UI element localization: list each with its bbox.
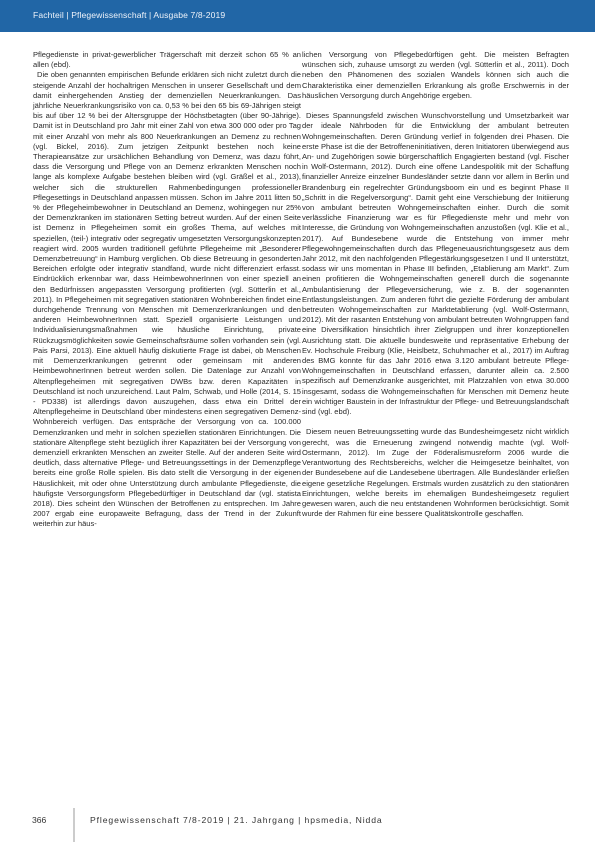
- left-column: Pflegedienste in privat-gewerblicher Trä…: [33, 50, 301, 530]
- page-number: 366: [32, 815, 46, 825]
- footer-divider: [73, 808, 75, 842]
- running-title: Fachteil | Pflegewissenschaft | Ausgabe …: [33, 10, 225, 20]
- paragraph: Die oben genannten empirischen Befunde e…: [33, 70, 301, 529]
- publication-info: Pflegewissenschaft 7/8-2019 | 21. Jahrga…: [90, 815, 383, 825]
- paragraph: Dieses Spannungsfeld zwischen Wunschvors…: [302, 111, 569, 417]
- paragraph: Pflegedienste in privat-gewerblicher Trä…: [33, 50, 301, 70]
- header-band: Fachteil | Pflegewissenschaft | Ausgabe …: [0, 0, 595, 32]
- paragraph: lichen Versorgung von Pflegebedürftigen …: [302, 50, 569, 101]
- paragraph: Diesem neuen Betreuungssetting wurde das…: [302, 427, 569, 519]
- right-column: lichen Versorgung von Pflegebedürftigen …: [302, 50, 569, 519]
